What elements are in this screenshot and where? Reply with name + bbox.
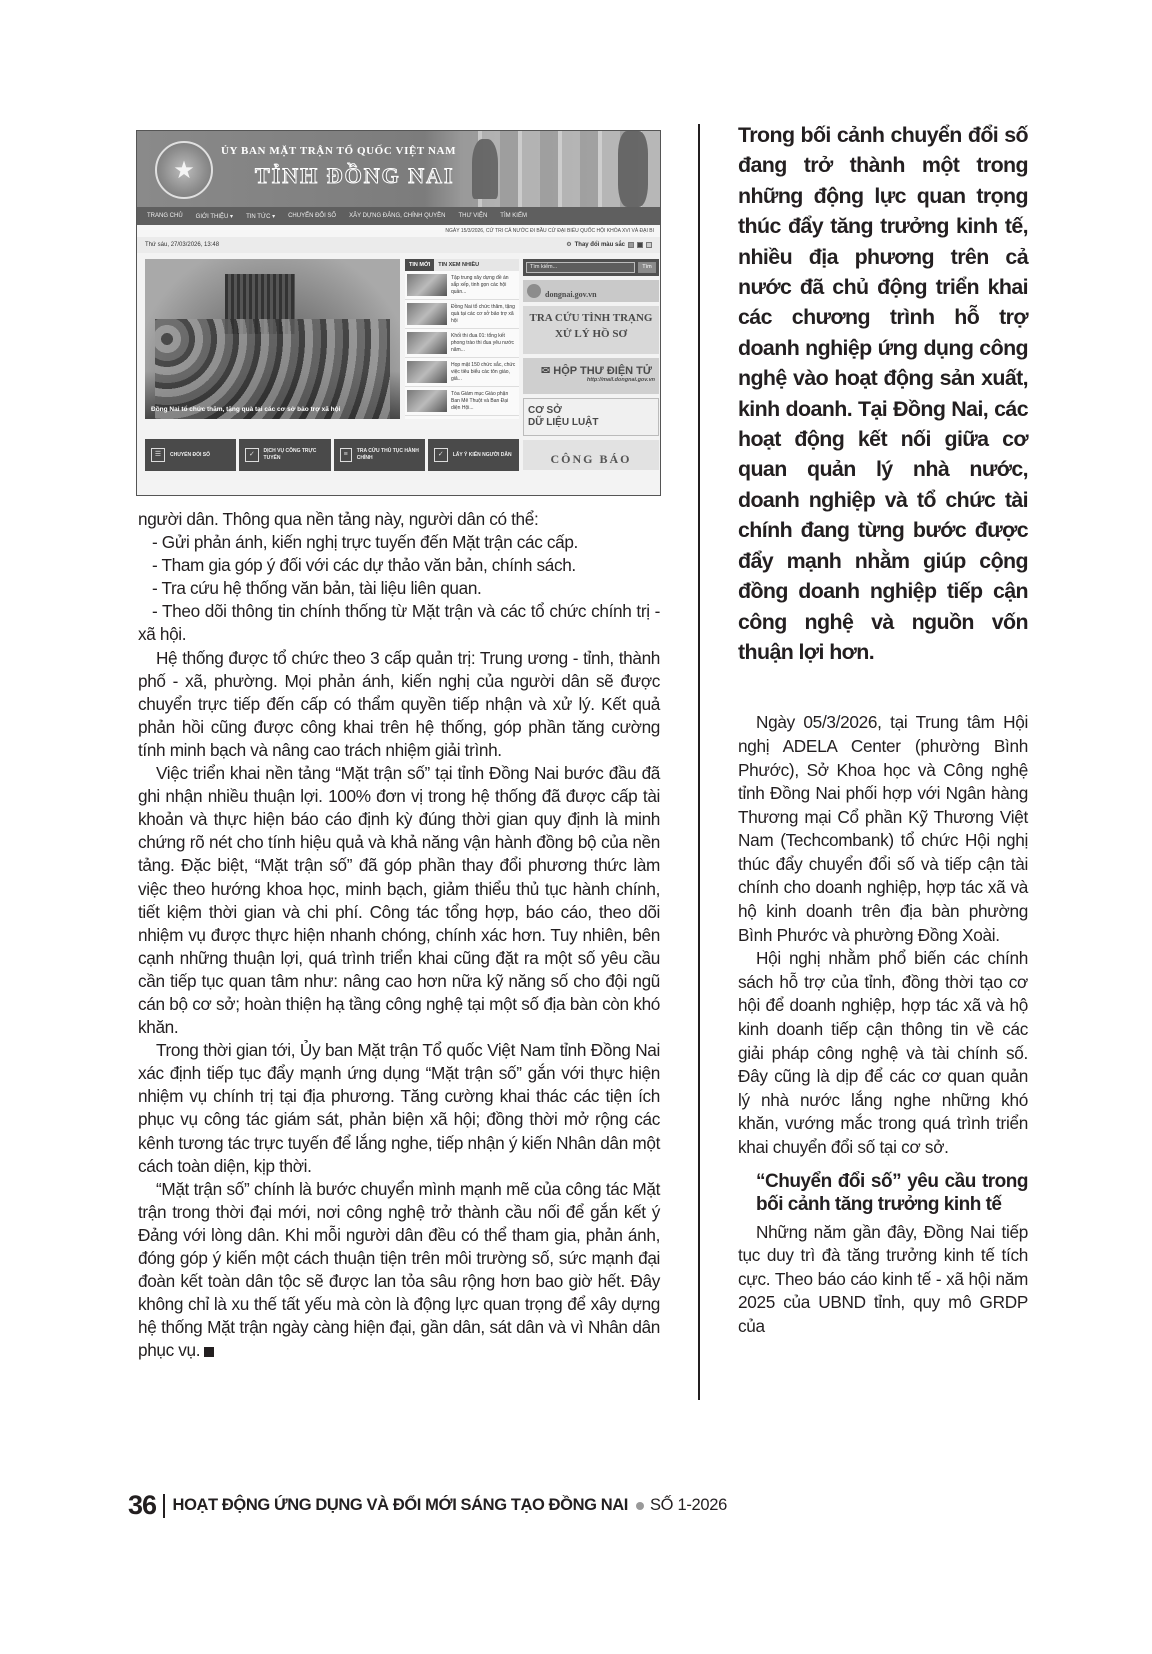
article-right-column: Trong bối cảnh chuyển đổi số đang trở th… — [738, 120, 1028, 1339]
issue-number: SỐ 1-2026 — [650, 1496, 727, 1515]
news-title: Khối thi đua 01: tổng kết phong trào thi… — [451, 333, 517, 354]
service-online-public-services[interactable]: ✓ DỊCH VỤ CÔNG TRỰC TUYẾN — [239, 439, 330, 471]
dossier-lookup-line1: TRA CỨU TÌNH TRẠNG — [523, 310, 659, 326]
dossier-lookup-line2: XỬ LÝ HỒ SƠ — [523, 326, 659, 342]
official-gazette-banner[interactable]: CÔNG BÁO — [523, 440, 659, 470]
nav-item-digital-transformation[interactable]: CHUYỂN ĐỔI SỐ — [288, 213, 336, 219]
paragraph: Hệ thống được tổ chức theo 3 cấp quản tr… — [138, 647, 660, 762]
email-banner[interactable]: ✉ HỘP THƯ ĐIỆN TỬ http://mail.dongnai.go… — [523, 358, 659, 394]
site-navbar: TRANG CHỦ GIỚI THIỆU ▾ TIN TỨC ▾ CHUYỂN … — [137, 207, 660, 225]
nav-item-party-building[interactable]: XÂY DỰNG ĐẢNG, CHÍNH QUYỀN — [349, 213, 445, 219]
page-number: 36 — [128, 1490, 156, 1521]
search-button[interactable]: Tìm — [638, 262, 656, 273]
article-left-column: người dân. Thông qua nền tảng này, người… — [138, 508, 660, 1362]
website-screenshot-figure: ★ ỦY BAN MẶT TRẬN TỔ QUỐC VIỆT NAM TỈNH … — [136, 130, 661, 496]
news-thumbnail — [407, 274, 447, 296]
news-item[interactable]: Tòa Giám mục Giáo phận Ban Mê Thuột và B… — [405, 387, 519, 416]
bullet-item: - Gửi phản ánh, kiến nghị trực tuyến đến… — [138, 531, 660, 554]
nav-item-library[interactable]: THƯ VIỆN — [458, 213, 487, 219]
column-divider — [698, 124, 700, 1400]
site-header: ★ ỦY BAN MẶT TRẬN TỔ QUỐC VIỆT NAM TỈNH … — [137, 131, 660, 207]
checklist-pen-icon: ✓ — [245, 448, 258, 462]
side-panel: Tìm kiếm... Tìm dongnai.gov.vn TRA CỨU T… — [523, 259, 659, 495]
bullet-item: - Theo dõi thông tin chính thống từ Mặt … — [138, 600, 660, 646]
checklist-pen-icon: ✓ — [434, 448, 448, 462]
color-swatch-3[interactable] — [646, 242, 652, 248]
news-thumbnail — [407, 332, 447, 354]
lead-paragraph: Trong bối cảnh chuyển đổi số đang trở th… — [738, 120, 1028, 667]
paragraph-final: “Mặt trận số” chính là bước chuyển mình … — [138, 1178, 660, 1363]
gear-icon: ⚙ — [566, 237, 571, 253]
star-emblem-icon: ★ — [155, 141, 213, 199]
news-title: Tòa Giám mục Giáo phận Ban Mê Thuột và B… — [451, 391, 517, 412]
law-database-banner[interactable]: CƠ SỞ DỮ LIỆU LUẬT — [523, 398, 659, 436]
paragraph: Những năm gần đây, Đồng Nai tiếp tục duy… — [738, 1221, 1028, 1339]
service-citizen-feedback[interactable]: ✓ LẤY Ý KIẾN NGƯỜI DÂN — [428, 439, 519, 471]
news-panel: TIN MỚI TIN XEM NHIỀU Tập trung xây dựng… — [405, 259, 519, 419]
right-body: Ngày 05/3/2026, tại Trung tâm Hội nghị A… — [738, 711, 1028, 1338]
book-search-icon: ☰ — [151, 448, 165, 462]
news-ticker[interactable]: NGÀY 15/3/2026, CỬ TRI CẢ NƯỚC ĐI BẦU CỬ… — [137, 225, 660, 237]
law-database-line2: DỮ LIỆU LUẬT — [528, 417, 658, 429]
hero-caption[interactable]: Đồng Nai tổ chức thăm, tặng quà tại các … — [151, 406, 340, 413]
service-admin-procedure-lookup[interactable]: ≡ TRA CỨU THỦ TỤC HÀNH CHÍNH — [334, 439, 425, 471]
paragraph: Trong thời gian tới, Ủy ban Mặt trận Tổ … — [138, 1039, 660, 1178]
hero-image[interactable]: Đồng Nai tổ chức thăm, tặng quà tại các … — [145, 259, 400, 419]
paragraph: Hội nghị nhằm phổ biến các chính sách hỗ… — [738, 947, 1028, 1159]
color-swatch-2[interactable] — [637, 242, 643, 248]
news-item[interactable]: Khối thi đua 01: tổng kết phong trào thi… — [405, 329, 519, 358]
footer-separator — [163, 1494, 165, 1518]
search-box: Tìm kiếm... Tìm — [523, 259, 659, 276]
email-banner-title: HỘP THƯ ĐIỆN TỬ — [553, 365, 652, 377]
news-thumbnail — [407, 361, 447, 383]
tab-latest[interactable]: TIN MỚI — [405, 259, 434, 271]
search-input[interactable]: Tìm kiếm... — [526, 262, 635, 273]
nav-item-news[interactable]: TIN TỨC ▾ — [246, 213, 275, 220]
date-bar: Thứ sáu, 27/03/2026, 13:48 ⚙ Thay đổi mà… — [137, 237, 660, 253]
tab-most-viewed[interactable]: TIN XEM NHIỀU — [434, 259, 483, 271]
news-thumbnail — [407, 390, 447, 412]
section-subheading: “Chuyển đổi số” yêu cầu trong bối cảnh t… — [756, 1170, 1028, 1217]
news-item[interactable]: Đồng Nai tổ chức thăm, tặng quà tại các … — [405, 300, 519, 329]
dossier-lookup-banner[interactable]: TRA CỨU TÌNH TRẠNG XỬ LÝ HỒ SƠ — [523, 306, 659, 354]
news-item[interactable]: Tập trung xây dựng đề án sắp xếp, tinh g… — [405, 271, 519, 300]
news-title: Họp mặt 150 chức sắc, chức việc tiêu biể… — [451, 362, 517, 383]
nav-item-about[interactable]: GIỚI THIỆU ▾ — [196, 213, 233, 220]
color-switcher: ⚙ Thay đổi màu sắc — [566, 237, 652, 253]
bullet-item: - Tra cứu hệ thống văn bản, tài liệu liê… — [138, 577, 660, 600]
paragraph: Ngày 05/3/2026, tại Trung tâm Hội nghị A… — [738, 711, 1028, 947]
service-digital-transformation[interactable]: ☰ CHUYỂN ĐỔI SỐ — [145, 439, 236, 471]
portal-banner[interactable]: dongnai.gov.vn — [523, 280, 659, 302]
paragraph-text: “Mặt trận số” chính là bước chuyển mình … — [138, 1179, 660, 1361]
site-title-province: TỈNH ĐỒNG NAI — [255, 163, 455, 189]
news-title: Đồng Nai tổ chức thăm, tặng quà tại các … — [451, 304, 517, 325]
document-search-icon: ≡ — [340, 448, 352, 462]
news-tabs: TIN MỚI TIN XEM NHIỀU — [405, 259, 519, 271]
color-swatch-1[interactable] — [628, 242, 634, 248]
news-thumbnail — [407, 303, 447, 325]
paragraph: người dân. Thông qua nền tảng này, người… — [138, 508, 660, 531]
bullet-item: - Tham gia góp ý đối với các dự thảo văn… — [138, 554, 660, 577]
news-item[interactable]: Họp mặt 150 chức sắc, chức việc tiêu biể… — [405, 358, 519, 387]
envelope-icon: ✉ — [541, 365, 553, 377]
email-banner-url: http://mail.dongnai.gov.vn — [541, 377, 659, 383]
header-building-photo — [460, 131, 660, 207]
service-buttons: ☰ CHUYỂN ĐỔI SỐ ✓ DỊCH VỤ CÔNG TRỰC TUYẾ… — [145, 439, 519, 471]
page-footer: 36 HOẠT ĐỘNG ỨNG DỤNG VÀ ĐỔI MỚI SÁNG TẠ… — [128, 1490, 727, 1521]
bullet-dot-icon — [636, 1502, 644, 1510]
nav-item-search[interactable]: TÌM KIẾM — [500, 213, 527, 219]
end-of-article-mark — [204, 1347, 214, 1357]
publication-title: HOẠT ĐỘNG ỨNG DỤNG VÀ ĐỔI MỚI SÁNG TẠO Đ… — [173, 1496, 628, 1515]
nav-item-home[interactable]: TRANG CHỦ — [147, 213, 183, 219]
news-title: Tập trung xây dựng đề án sắp xếp, tinh g… — [451, 275, 517, 296]
current-datetime: Thứ sáu, 27/03/2026, 13:48 — [145, 242, 219, 248]
paragraph: Việc triển khai nền tảng “Mặt trận số” t… — [138, 762, 660, 1039]
color-switch-label: Thay đổi màu sắc — [575, 237, 625, 253]
site-title-organization: ỦY BAN MẶT TRẬN TỔ QUỐC VIỆT NAM — [221, 145, 456, 157]
law-database-line1: CƠ SỞ — [528, 405, 658, 417]
